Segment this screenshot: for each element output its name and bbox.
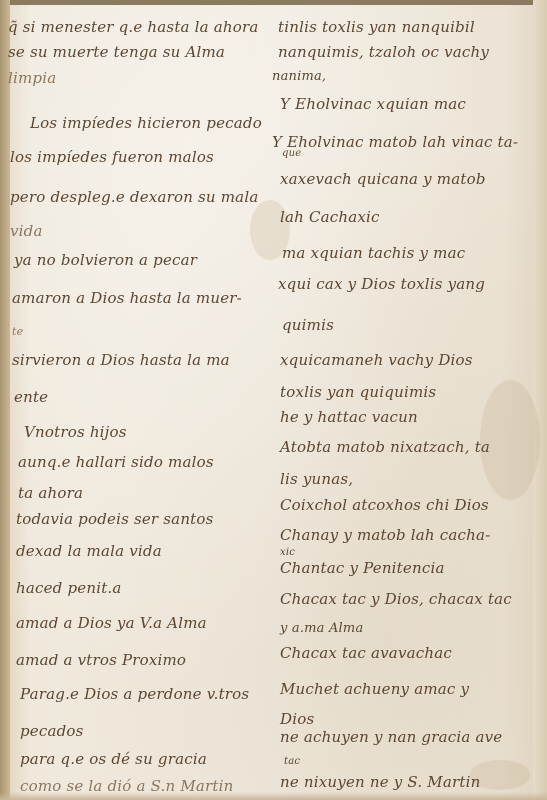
left-line: ya no bolvieron a pecar — [14, 251, 197, 269]
right-line: Muchet achueny amac y — [280, 680, 469, 698]
right-line: lah Cachaxic — [280, 208, 380, 226]
right-line: Chantac y Penitencia — [280, 559, 445, 577]
right-line: que — [282, 148, 301, 159]
left-line: haced penit.a — [16, 579, 122, 597]
right-line: Y Eholvinac matob lah vinac ta- — [272, 133, 518, 151]
left-line: limpia — [8, 69, 56, 87]
left-line: q̃ si menester q.e hasta la ahora — [8, 18, 259, 36]
right-line: ma xquian tachis y mac — [282, 244, 465, 262]
left-line: para q.e os dé su gracia — [20, 750, 207, 768]
right-line: lis yunas, — [280, 470, 353, 488]
page-top-edge — [0, 0, 547, 5]
left-line: te — [12, 325, 23, 338]
left-line: vida — [10, 222, 43, 240]
right-line: Chacax tac avavachac — [280, 644, 452, 662]
right-line: xquicamaneh vachy Dios — [280, 351, 473, 369]
right-line: Y Eholvinac xquian mac — [280, 95, 466, 113]
right-line: Coixchol atcoxhos chi Dios — [280, 496, 489, 514]
right-line: ne achuyen y nan gracia ave — [280, 728, 502, 746]
left-line: amaron a Dios hasta la muer- — [12, 289, 242, 307]
page-binding-edge — [0, 0, 10, 800]
left-line: dexad la mala vida — [16, 542, 162, 560]
right-line: tac — [284, 756, 300, 767]
right-line: nanima, — [272, 69, 326, 84]
right-line: xaxevach quicana y matob — [280, 170, 486, 188]
left-line: como se la dió a S.n Martin — [20, 777, 234, 795]
page-right-edge — [533, 0, 547, 800]
left-line: se su muerte tenga su Alma — [8, 43, 225, 61]
right-line: xqui cax y Dios toxlis yang — [278, 275, 485, 293]
right-line: Chacax tac y Dios, chacax tac — [280, 590, 512, 608]
left-line: Parag.e Dios a perdone v.tros — [20, 685, 249, 703]
right-line: toxlis yan quiquimis — [280, 383, 436, 401]
left-line: Vnotros hijos — [24, 423, 127, 441]
left-line: sirvieron a Dios hasta la ma — [12, 351, 230, 369]
right-line: Atobta matob nixatzach, ta — [280, 438, 490, 456]
manuscript-page: q̃ si menester q.e hasta la ahora se su … — [0, 0, 547, 800]
right-line: xic — [280, 547, 295, 558]
right-line: Dios — [280, 710, 314, 728]
left-line: pero despleg.e dexaron su mala — [10, 188, 258, 206]
right-line: he y hattac vacun — [280, 408, 418, 426]
right-line: tinlis toxlis yan nanquibil — [278, 18, 475, 36]
left-line: ente — [14, 388, 48, 406]
left-line: amad a vtros Proximo — [16, 651, 186, 669]
left-line: aunq.e hallari sido malos — [18, 453, 214, 471]
right-line: quimis — [282, 316, 334, 334]
left-line: los impíedes fueron malos — [10, 148, 214, 166]
left-line: amad a Dios ya V.a Alma — [16, 614, 207, 632]
left-line: pecados — [20, 722, 84, 740]
left-line: todavia podeis ser santos — [16, 510, 214, 528]
right-line: Chanay y matob lah cacha- — [280, 526, 490, 544]
right-line: y a.ma Alma — [280, 621, 363, 636]
left-line: ta ahora — [18, 484, 83, 502]
right-line: nanquimis, tzaloh oc vachy — [278, 43, 489, 61]
right-line: ne nixuyen ne y S. Martin — [280, 773, 480, 791]
left-line: Los impíedes hicieron pecado — [30, 114, 262, 132]
